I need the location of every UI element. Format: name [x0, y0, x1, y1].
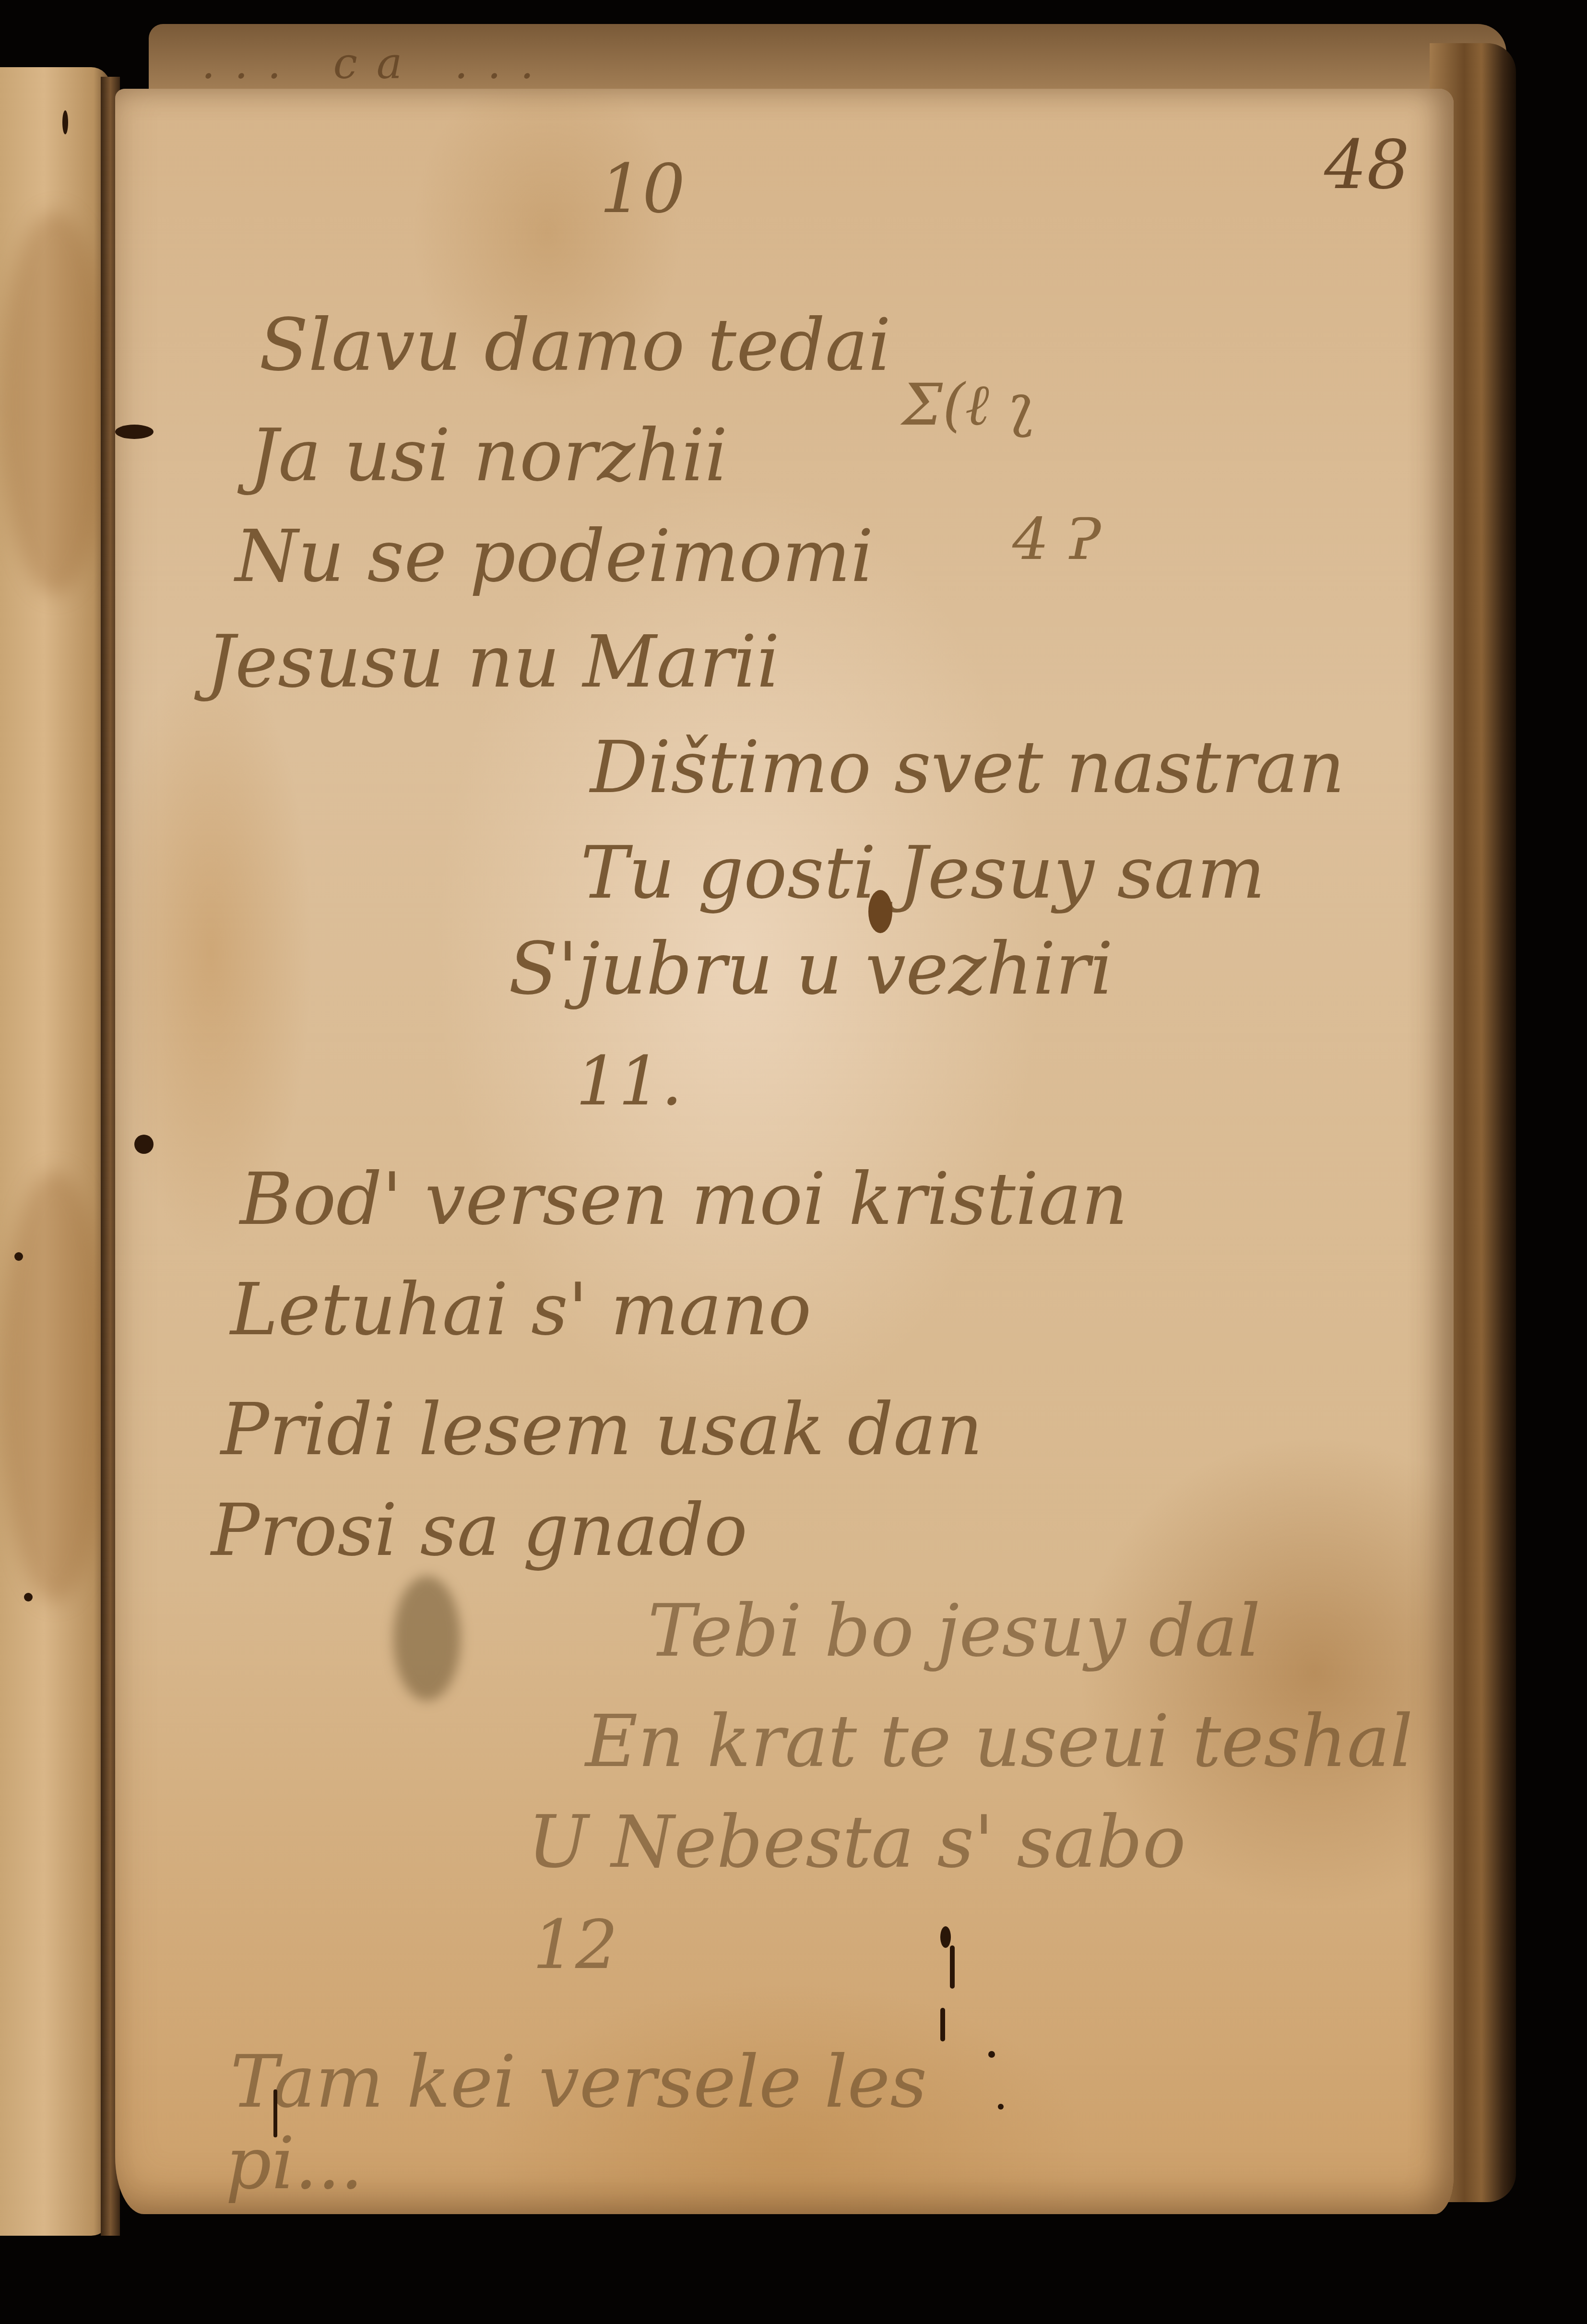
- verse-line: Pridi lesem usak dan: [221, 1394, 983, 1466]
- verse-line: Nu se podeimomi: [235, 521, 874, 593]
- folio-number: 48: [1324, 132, 1409, 199]
- ink-drip: [950, 1945, 955, 1989]
- verse-line: U Nebesta s' sabo: [528, 1806, 1186, 1878]
- water-stain: [0, 211, 110, 595]
- stanza-number: 10: [600, 156, 685, 223]
- verse-line: Prosi sa gnado: [211, 1494, 747, 1566]
- verse-line: Letuhai s' mano: [230, 1274, 811, 1346]
- back-page-text: ... ca ...: [201, 38, 553, 89]
- margin-mark: Σ(ℓ ʅ: [902, 377, 1035, 434]
- ink-spot: [62, 110, 68, 134]
- ink-blot: [134, 1135, 154, 1154]
- ink-spot: [988, 2051, 995, 2058]
- verse-line: Jesusu nu Marii: [206, 626, 780, 698]
- verse-line: Ja usi norzhii: [249, 420, 728, 492]
- left-page-edge: [0, 67, 110, 2236]
- stanza-number: 11.: [576, 1048, 683, 1115]
- ink-spot: [998, 2104, 1004, 2110]
- ink-blot: [868, 890, 892, 933]
- verse-line: Tam kei versele les: [230, 2046, 927, 2118]
- verse-line: S'jubru u vezhiri: [509, 933, 1113, 1005]
- verse-line: En krat te useui teshal: [585, 1706, 1413, 1778]
- verse-line: Dištimo svet nastran: [590, 732, 1345, 804]
- verse-line: Bod' versen moi kristian: [240, 1163, 1128, 1235]
- margin-mark: 4 Ɂ: [1012, 511, 1101, 569]
- ink-blot: [115, 425, 154, 439]
- ink-spot: [14, 1252, 23, 1261]
- manuscript-page: 48 10 Slavu damo tedai Ja usi norzhii Nu…: [115, 89, 1454, 2214]
- stanza-number: 12: [533, 1912, 618, 1979]
- ink-smudge: [393, 1576, 461, 1701]
- verse-line: pi...: [225, 2128, 363, 2200]
- ink-spot: [24, 1593, 33, 1601]
- ink-drip: [940, 2008, 945, 2041]
- verse-line: Slavu damo tedai: [259, 309, 891, 381]
- verse-line: Tebi bo jesuy dal: [648, 1595, 1261, 1667]
- verse-line: Tu gosti Jesuy sam: [580, 837, 1265, 909]
- ink-drip: [273, 2089, 277, 2137]
- water-stain: [0, 1171, 110, 1602]
- ink-blot: [940, 1926, 951, 1948]
